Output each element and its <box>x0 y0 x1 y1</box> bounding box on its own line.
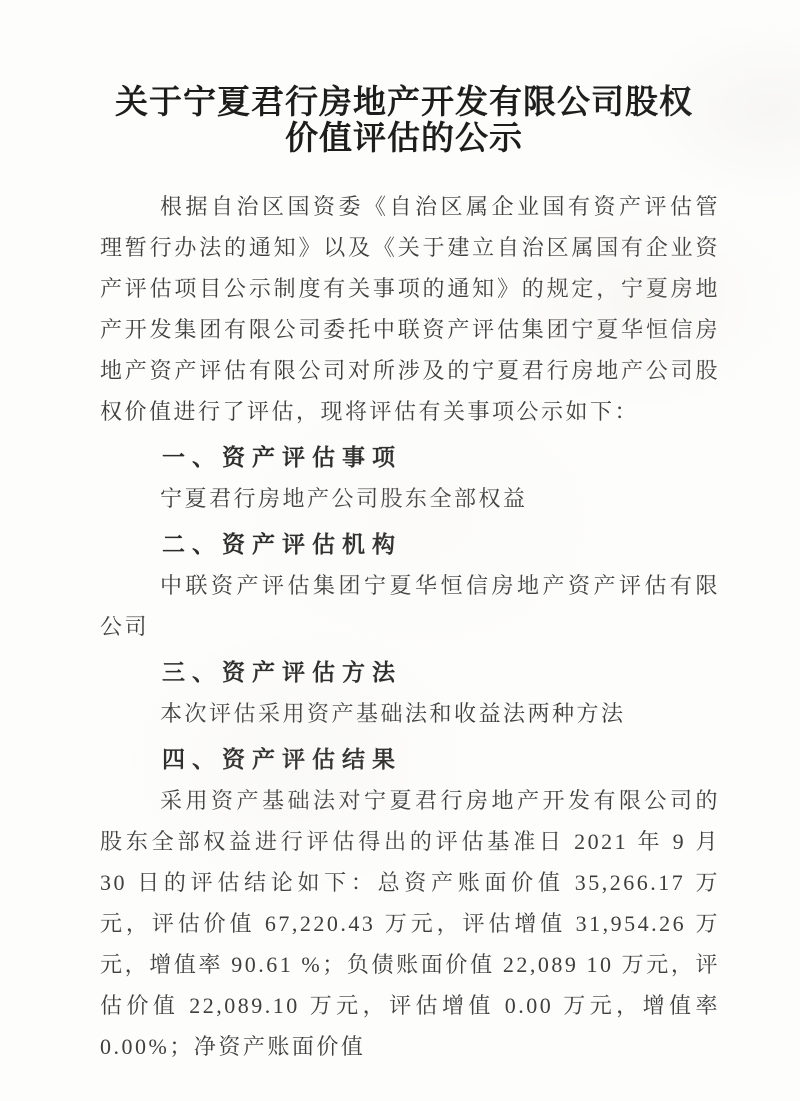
section-heading-1: 一、资产评估事项 <box>100 437 720 478</box>
section-heading-4: 四、资产评估结果 <box>100 739 720 780</box>
intro-paragraph: 根据自治区国资委《自治区属企业国有资产评估管理暂行办法的通知》以及《关于建立自治… <box>100 186 720 432</box>
document-body: 根据自治区国资委《自治区属企业国有资产评估管理暂行办法的通知》以及《关于建立自治… <box>100 186 720 1067</box>
section-body-2: 中联资产评估集团宁夏华恒信房地产资产评估有限公司 <box>100 565 720 647</box>
section-body-1: 宁夏君行房地产公司股东全部权益 <box>100 478 720 519</box>
document-title-line-2: 价值评估的公示 <box>285 118 523 157</box>
section-body-3: 本次评估采用资产基础法和收益法两种方法 <box>100 693 720 734</box>
section-heading-3: 三、资产评估方法 <box>100 652 720 693</box>
scanned-document-page: 关于宁夏君行房地产开发有限公司股权 价值评估的公示 根据自治区国资委《自治区属企… <box>0 0 800 1101</box>
document-title-line-1: 关于宁夏君行房地产开发有限公司股权 <box>115 82 693 121</box>
section-heading-2: 二、资产评估机构 <box>100 524 720 565</box>
document-title: 关于宁夏君行房地产开发有限公司股权 价值评估的公示 <box>88 84 720 156</box>
section-body-4: 采用资产基础法对宁夏君行房地产开发有限公司的股东全部权益进行评估得出的评估基准日… <box>100 780 720 1067</box>
